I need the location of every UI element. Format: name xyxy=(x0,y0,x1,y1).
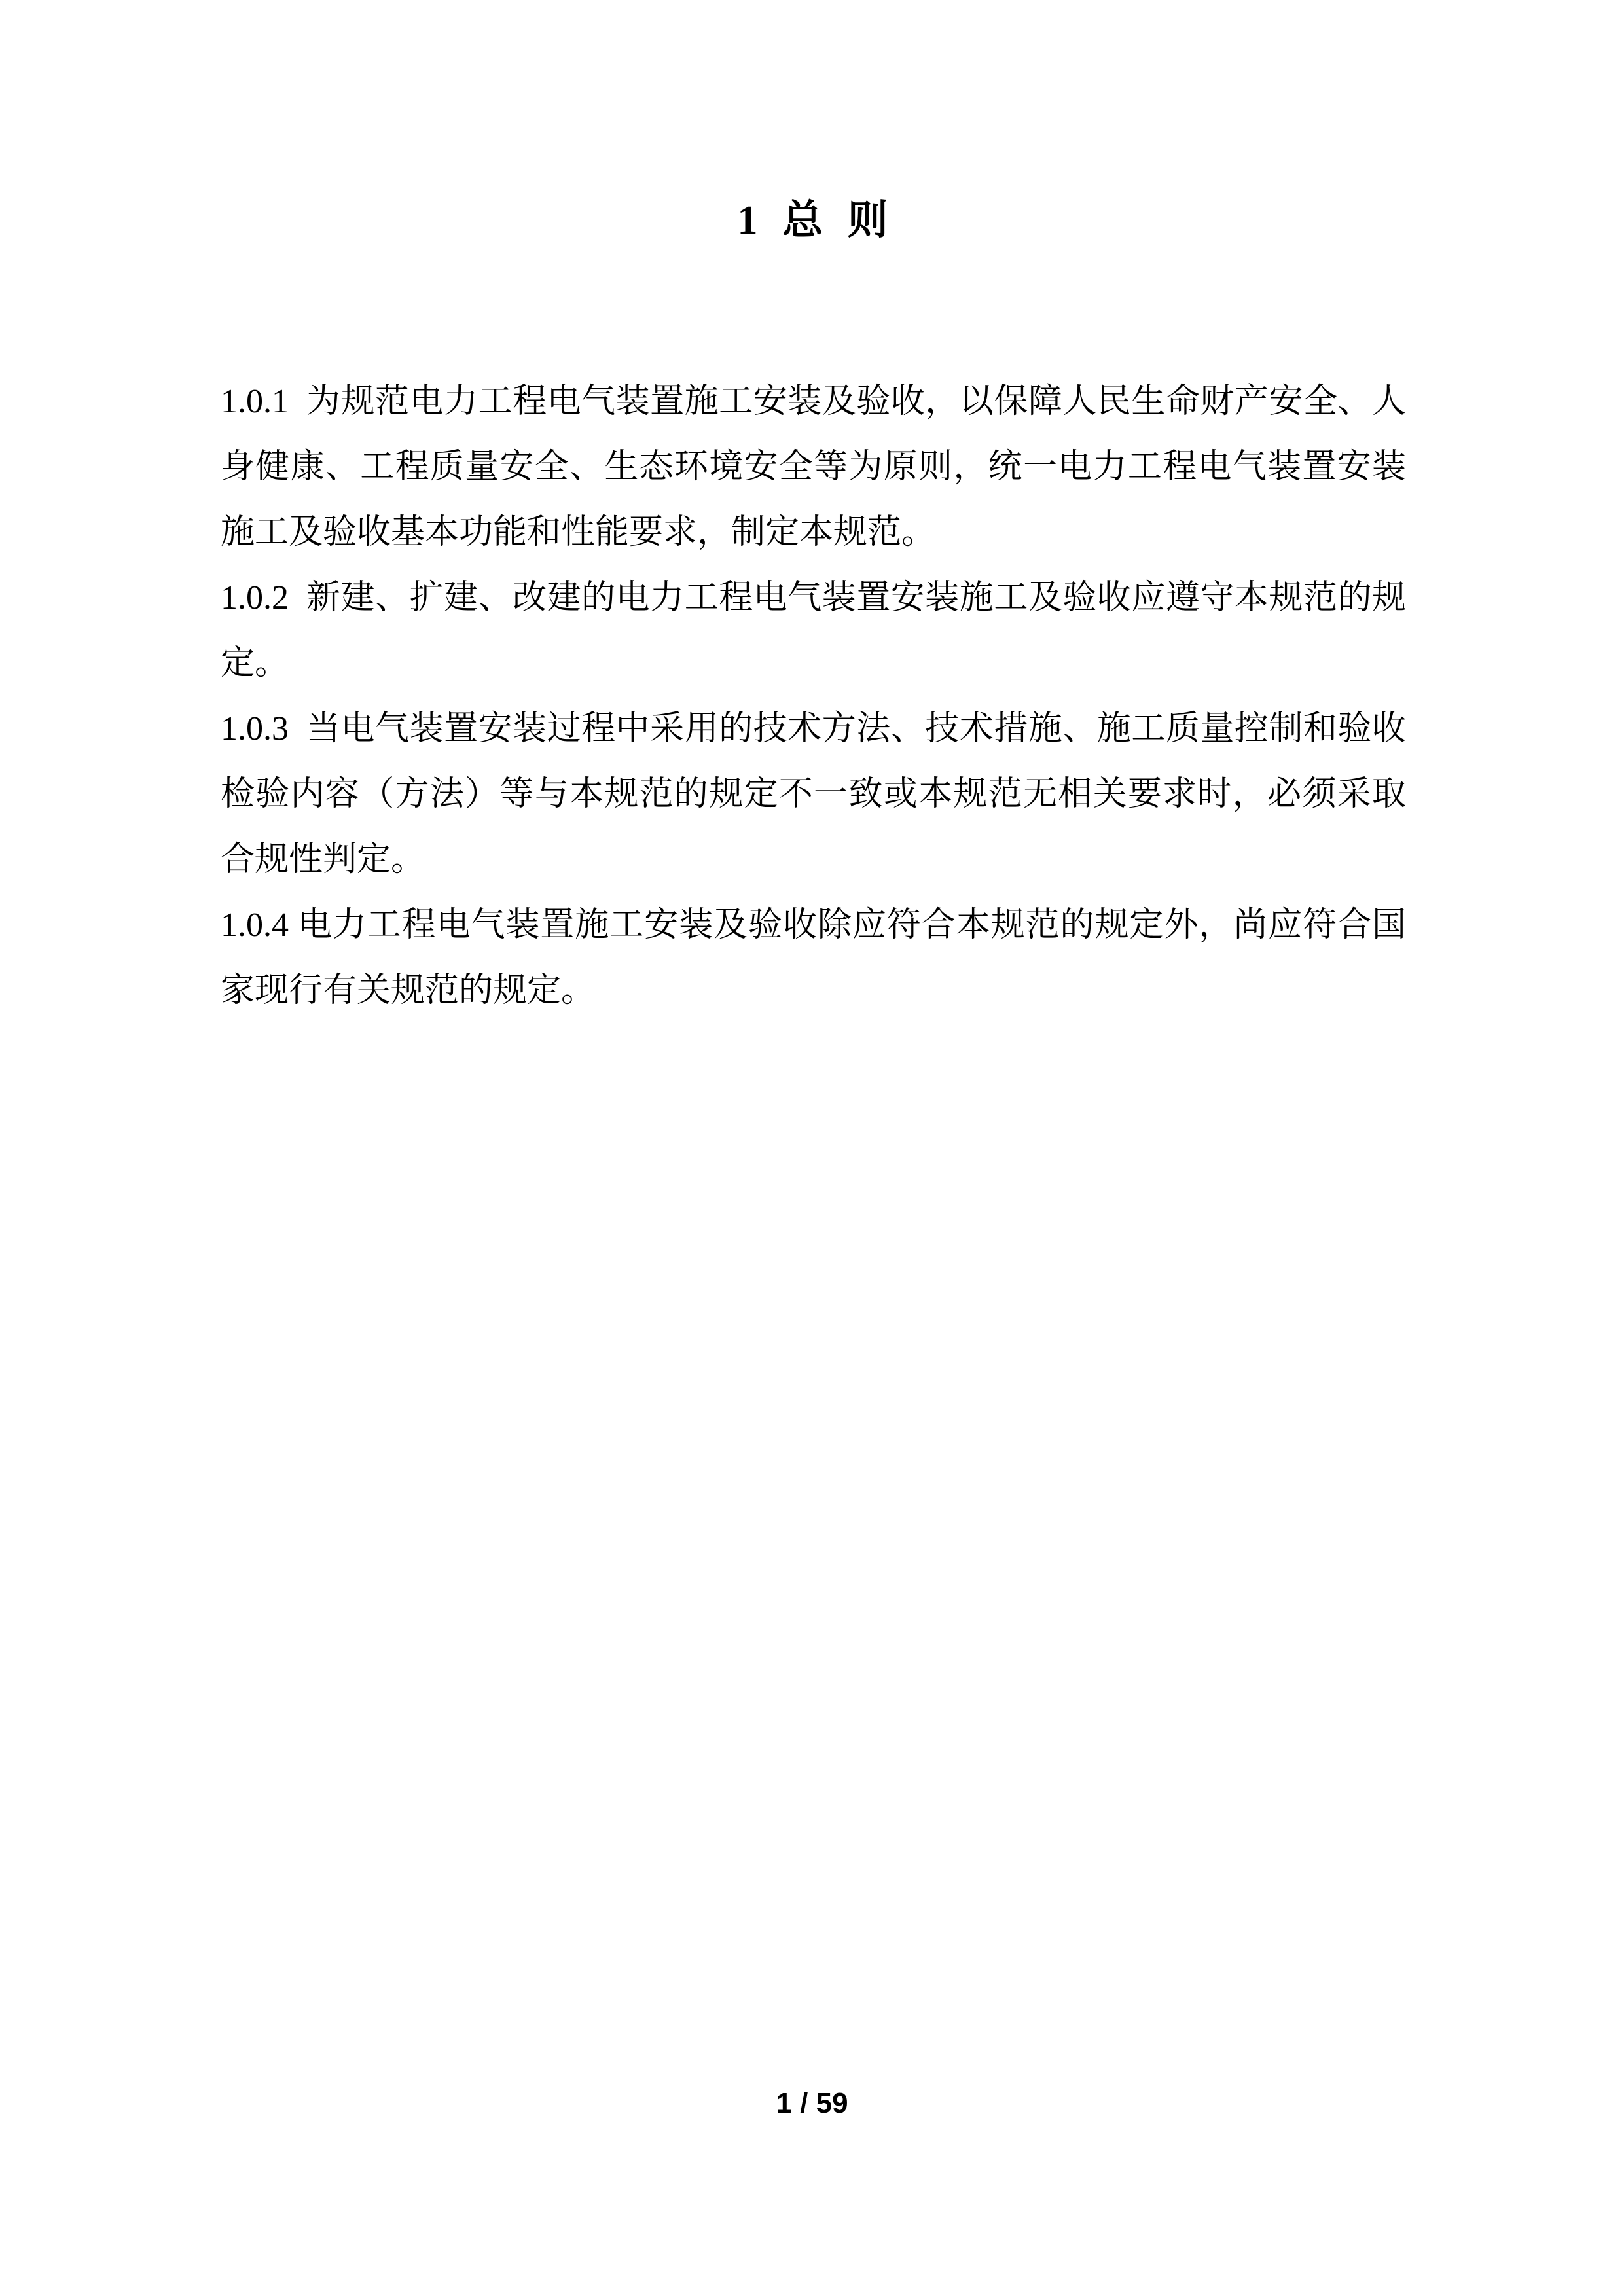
document-body: 1.0.1 为规范电力工程电气装置施工安装及验收，以保障人民生命财产安全、人身健… xyxy=(221,369,1406,1024)
clause-1-0-1: 1.0.1 为规范电力工程电气装置施工安装及验收，以保障人民生命财产安全、人身健… xyxy=(221,369,1406,565)
page-number: 1 / 59 xyxy=(0,2089,1624,2118)
clause-1-0-2: 1.0.2 新建、扩建、改建的电力工程电气装置安装施工及验收应遵守本规范的规定。 xyxy=(221,565,1406,696)
clause-1-0-4: 1.0.4 电力工程电气装置施工安装及验收除应符合本规范的规定外，尚应符合国家现… xyxy=(221,893,1406,1024)
document-page: 1 总 则 1.0.1 为规范电力工程电气装置施工安装及验收，以保障人民生命财产… xyxy=(0,0,1624,2296)
clause-1-0-3: 1.0.3 当电气装置安装过程中采用的技术方法、技术措施、施工质量控制和验收检验… xyxy=(221,696,1406,893)
section-title: 1 总 则 xyxy=(221,191,1406,250)
